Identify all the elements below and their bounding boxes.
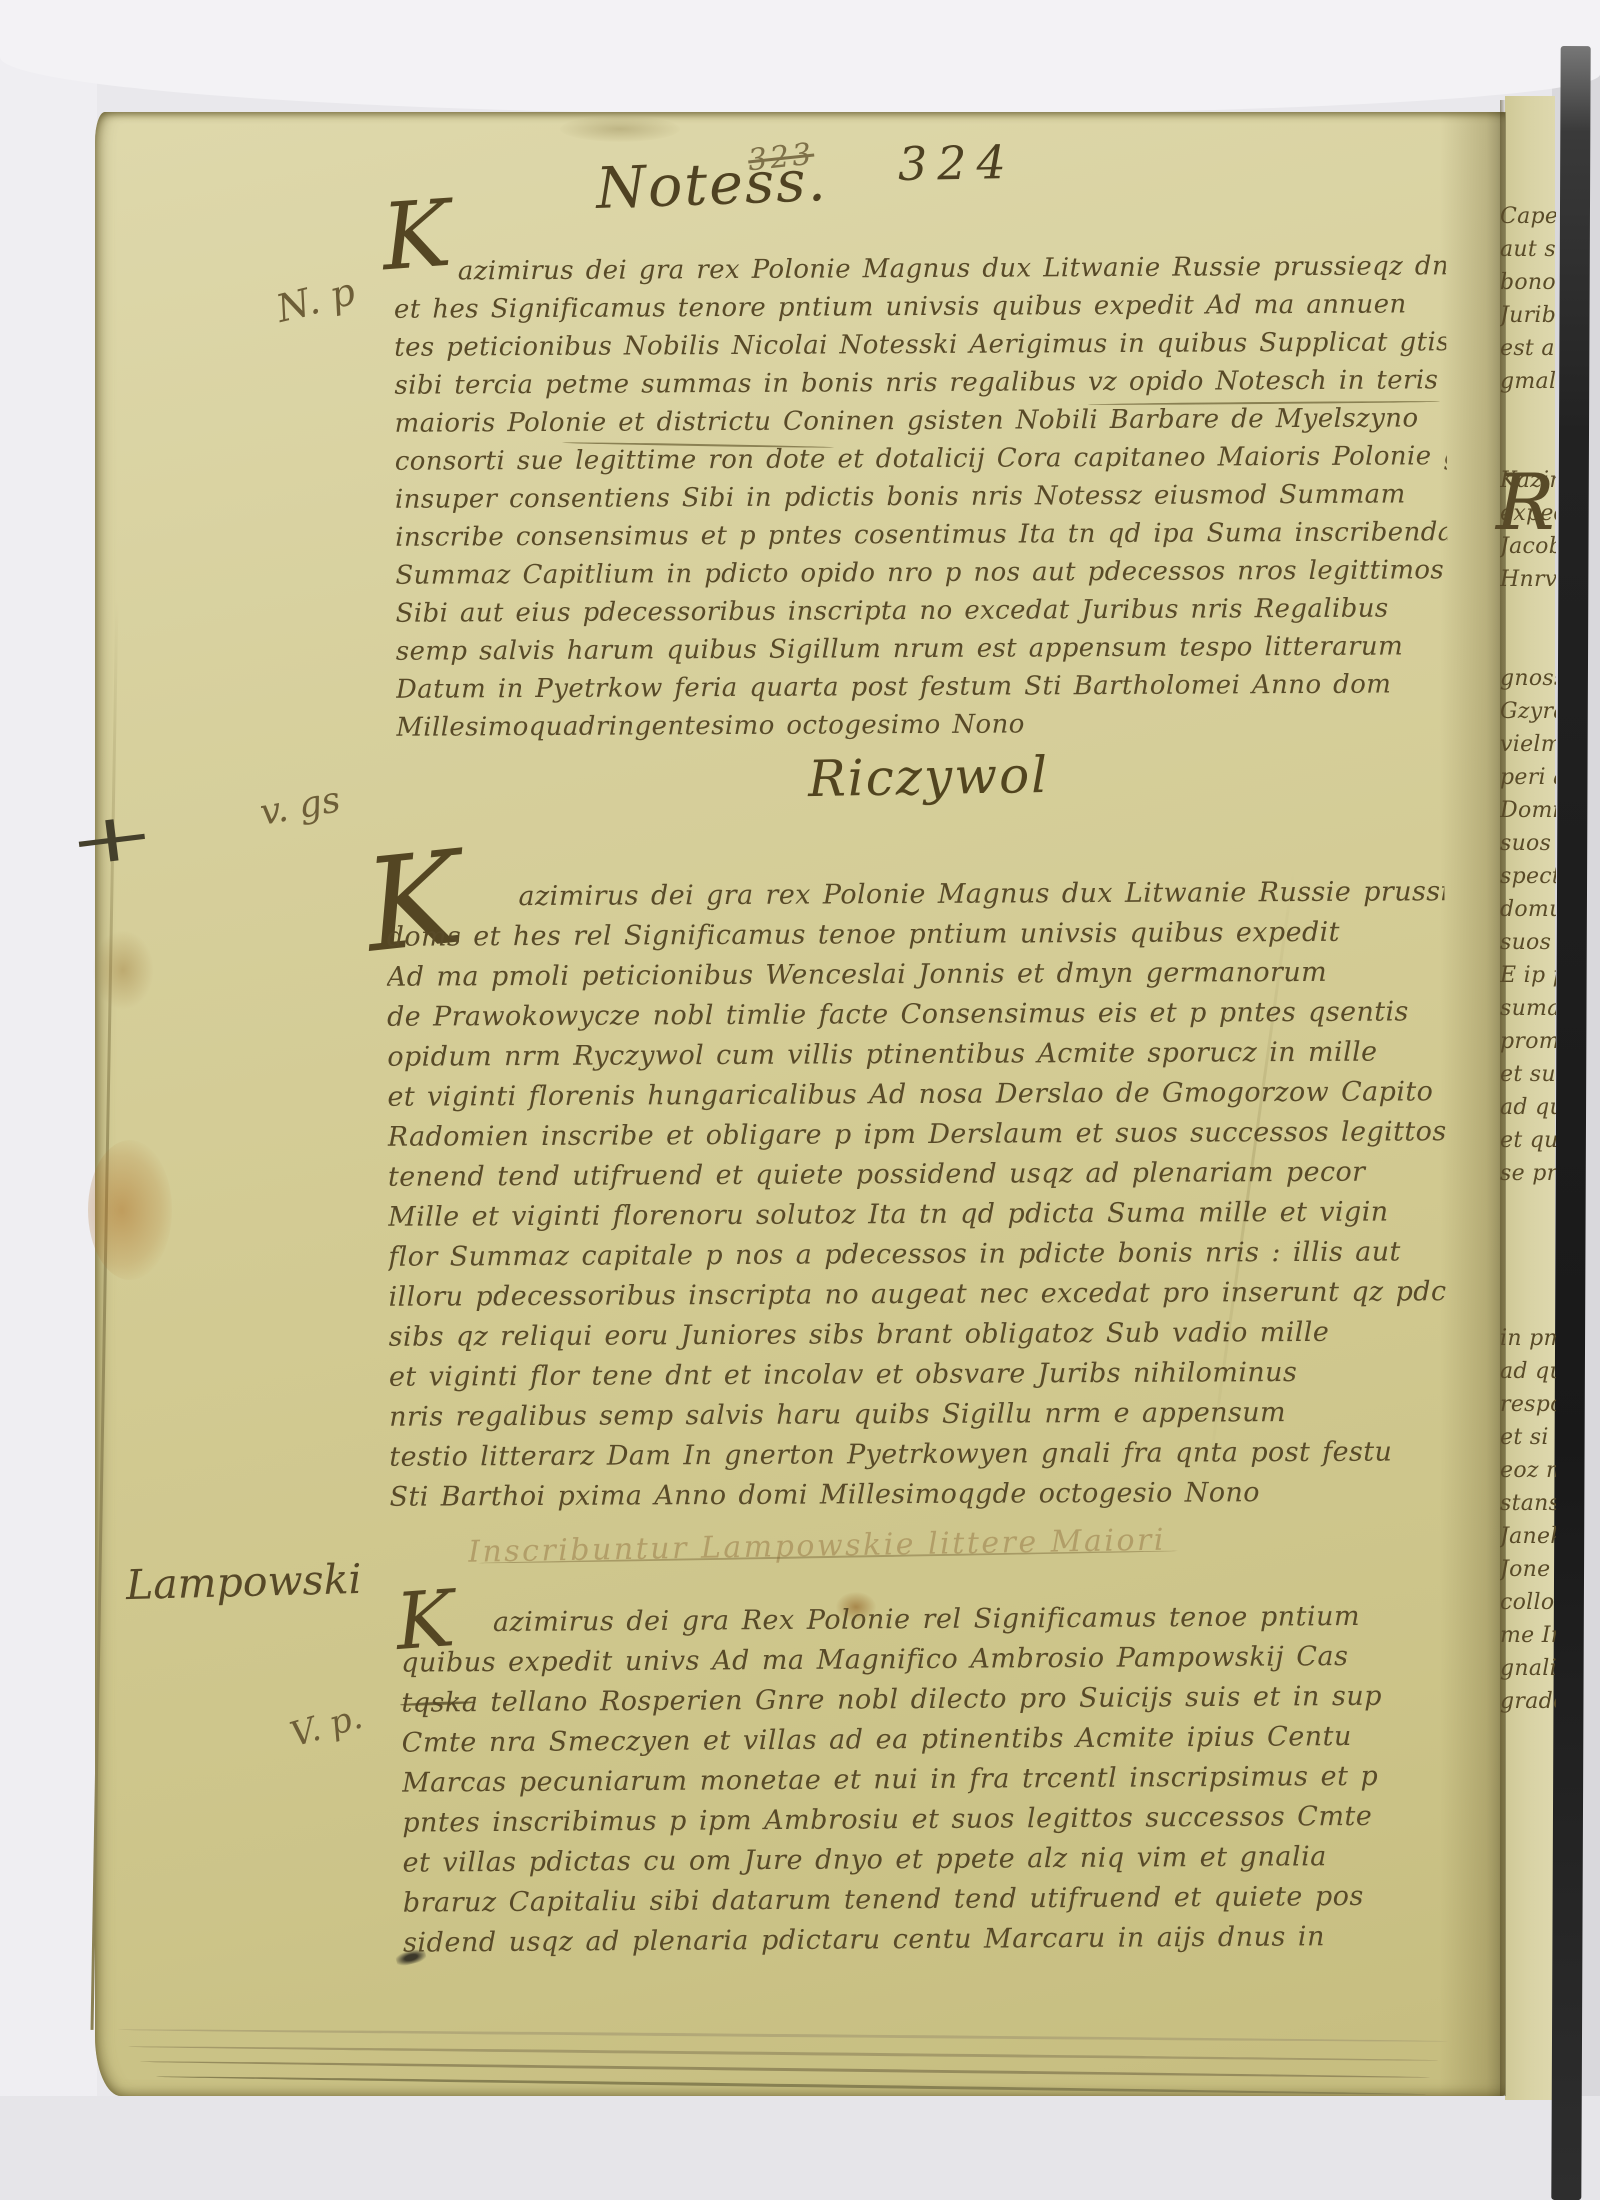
photo-backdrop-bottom (0, 2096, 1600, 2200)
facing-page-line: Janek de (1500, 1520, 1556, 1553)
folio-number: 324 (898, 135, 1017, 191)
facing-page-line: E ip p (1500, 959, 1556, 992)
manuscript-line: Summaz Capitlium in pdicto opido nro p n… (395, 551, 1447, 595)
facing-page-line (1500, 1223, 1556, 1256)
manuscript-line: sidend usqz ad plenaria pdictaru centu M… (403, 1916, 1449, 1963)
manuscript-line: Sibi aut eius pdecessoribus inscripta no… (396, 589, 1448, 633)
gutter-shading (1440, 112, 1506, 2096)
manuscript-line: testio litterarz Dam In gnerton Pyetrkow… (389, 1432, 1447, 1478)
manuscript-line: insuper consentiens Sibi in pdictis boni… (395, 475, 1447, 519)
facing-page-line: se pro (1500, 1157, 1556, 1190)
manuscript-line: consorti sue legittime ron dote et dotal… (395, 437, 1447, 481)
facing-page-line: stans ps (1500, 1487, 1556, 1520)
photo-backdrop-left (0, 0, 97, 2200)
manuscript-line: inscribe consensimus et p pntes cosentim… (395, 513, 1447, 557)
manuscript-line: Radomien inscribe et obligare p ipm Ders… (388, 1112, 1446, 1158)
facing-page-line: gradent (1500, 1685, 1556, 1718)
facing-page-line: peri ausi (1500, 761, 1556, 794)
manuscript-line: azimirus dei gra rex Polonie Magnus dux … (386, 872, 1444, 918)
facing-page-line: Jacobs z (1500, 530, 1556, 563)
facing-page-line: gnali py (1500, 1652, 1556, 1685)
facing-page-line: gmali (1500, 365, 1556, 398)
facing-page-line (1500, 1289, 1556, 1322)
manuscript-line: azimirus dei gra rex Polonie Magnus dux … (394, 247, 1446, 291)
facing-page-line (1500, 398, 1556, 431)
manuscript-line: illoru pdecessoribus inscripta no augeat… (388, 1272, 1446, 1318)
manuscript-line: sibs qz reliqui eoru Juniores sibs brant… (389, 1312, 1447, 1358)
manuscript-line: tes peticionibus Nobilis Nicolai Notessk… (394, 323, 1446, 367)
facing-page-line: promitte (1500, 1025, 1556, 1058)
facing-page-line (1500, 431, 1556, 464)
facing-page-line: et si u (1500, 1421, 1556, 1454)
facing-page-line: Hnrvi in (1500, 563, 1556, 596)
parchment-stain (92, 930, 154, 1010)
charter-entry-riczywol: azimirus dei gra rex Polonie Magnus dux … (386, 872, 1447, 1518)
facing-page-line (1500, 629, 1556, 662)
facing-page-line: et suos p (1500, 1058, 1556, 1091)
manuscript-line: et hes Significamus tenore pntium univsi… (394, 285, 1446, 329)
facing-page-line: Cape (1500, 200, 1556, 233)
facing-page-line: domus (1500, 893, 1556, 926)
facing-page-line: vielmen (1500, 728, 1556, 761)
facing-page-line: me In co (1500, 1619, 1556, 1652)
facing-page-line (1500, 1256, 1556, 1289)
facing-page-line: eoz nunc (1500, 1454, 1556, 1487)
facing-page-line: Jone de (1500, 1553, 1556, 1586)
facing-page-line: aut s (1500, 233, 1556, 266)
facing-page-line: bonor (1500, 266, 1556, 299)
entry-heading-notess: Notess. (595, 148, 829, 222)
facing-page-line: suos et (1500, 827, 1556, 860)
manuscript-line: Mille et viginti florenoru solutoz Ita t… (388, 1192, 1446, 1238)
facing-page-line: ad quod (1500, 1355, 1556, 1388)
parchment-stain (560, 116, 680, 142)
entry-heading-riczywol: Riczywol (808, 746, 1050, 808)
facing-page-line: Domi nsz (1500, 794, 1556, 827)
facing-page-line: gnossyn C (1500, 662, 1556, 695)
manuscript-line: et viginti flor tene dnt et incolav et o… (389, 1352, 1447, 1398)
manuscript-line: Sti Barthoi pxima Anno domi Millesimoqgd… (389, 1472, 1447, 1518)
manuscript-line: semp salvis harum quibus Sigillum nrum e… (396, 627, 1448, 671)
facing-page-line: in pmo (1500, 1322, 1556, 1355)
manuscript-line: nris regalibus semp salvis haru quibs Si… (389, 1392, 1447, 1438)
manuscript-line: tenend tend utifruend et quiete possiden… (388, 1152, 1446, 1198)
manuscript-photo: 323 324 Notess. Riczywol N. p v. gs + La… (0, 0, 1600, 2200)
facing-page-line: et quadr (1500, 1124, 1556, 1157)
facing-page-line: colloquio (1500, 1586, 1556, 1619)
manuscript-line: flor Summaz capitale p nos a pdecessos i… (388, 1232, 1446, 1278)
facing-page-line (1500, 596, 1556, 629)
facing-page-line: ad qualz (1500, 1091, 1556, 1124)
facing-page-text-fragments: Capeaut sbonorJuribest agmaliKazimexpedi… (1500, 200, 1556, 1718)
manuscript-line: Datum in Pyetrkow feria quarta post fest… (396, 665, 1448, 709)
manuscript-line: sibi tercia petme summas in bonis nris r… (394, 361, 1446, 405)
facing-page-line: Gzyradie (1500, 695, 1556, 728)
manuscript-line: doms et hes rel Significamus tenoe pntiu… (387, 912, 1445, 958)
manuscript-line: Ad ma pmoli peticionibus Wenceslai Jonni… (387, 952, 1445, 998)
facing-page-line: Kazim (1500, 464, 1556, 497)
manuscript-line: Millesimoquadringentesimo octogesimo Non… (396, 703, 1448, 747)
manuscript-line: et viginti florenis hungaricalibus Ad no… (387, 1072, 1445, 1118)
parchment-stain (88, 1140, 172, 1280)
charter-entry-lampowski: azimirus dei gra Rex Polonie rel Signifi… (401, 1596, 1449, 1963)
manuscript-line: opidum nrm Ryczywol cum villis ptinentib… (387, 1032, 1445, 1078)
facing-page-line: est a (1500, 332, 1556, 365)
facing-page-line: suos lm (1500, 926, 1556, 959)
manuscript-line: de Prawokowycze nobl timlie facte Consen… (387, 992, 1445, 1038)
margin-cross-mark: + (63, 795, 160, 882)
facing-page-line: Jurib (1500, 299, 1556, 332)
manuscript-line: maioris Polonie et districtu Coninen gsi… (395, 399, 1447, 443)
charter-entry-notess: azimirus dei gra rex Polonie Magnus dux … (394, 247, 1449, 747)
facing-page-line: spectant (1500, 860, 1556, 893)
margin-label-lampowski: Lampowski (125, 1555, 362, 1609)
facing-page-line: respond (1500, 1388, 1556, 1421)
facing-page-line: suma d (1500, 992, 1556, 1025)
facing-page-line (1500, 1190, 1556, 1223)
facing-page-line: expedit (1500, 497, 1556, 530)
